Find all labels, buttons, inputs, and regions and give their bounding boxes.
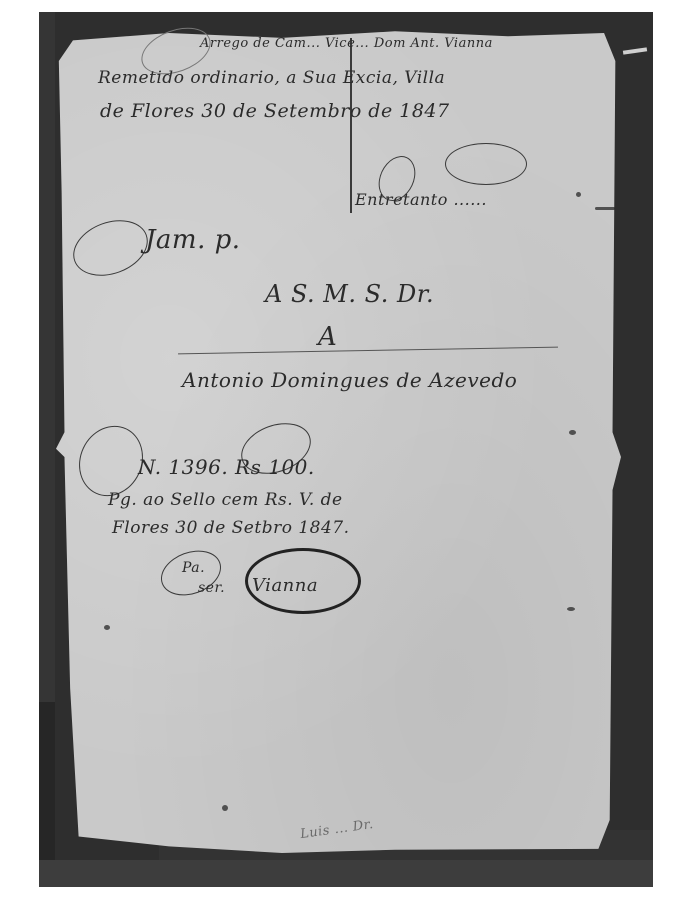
ink-speck	[576, 192, 581, 197]
signature-name: Vianna	[252, 575, 318, 596]
ink-speck	[567, 607, 575, 611]
annotation-right: Entretanto ......	[355, 190, 487, 209]
body-line-2: de Flores 30 de Setembro de 1847	[100, 100, 450, 122]
ink-speck	[222, 805, 228, 811]
annotation-flourish-2	[445, 143, 527, 185]
scan-shadow-bottom	[39, 860, 653, 887]
ink-speck	[104, 625, 110, 630]
registry-stamp: Pg. ao Sello cem Rs. V. de	[108, 490, 343, 510]
registry-date: Flores 30 de Setbro 1847.	[112, 518, 350, 538]
vertical-rule	[350, 38, 352, 213]
annotation-left: Jam. p.	[145, 225, 241, 255]
paper-sliver	[623, 47, 647, 54]
ink-speck	[595, 207, 615, 210]
ink-speck	[569, 430, 576, 435]
address-line-2: A	[318, 322, 337, 352]
manuscript-page	[56, 28, 621, 853]
signature-prefix-1: Pa.	[182, 560, 205, 576]
body-line-1: Remetido ordinario, a Sua Excia, Villa	[98, 68, 445, 88]
registry-number: N. 1396. Rs 100.	[138, 455, 315, 479]
address-line-1: A S. M. S. Dr.	[265, 280, 434, 308]
scan-shadow-bottom-left	[39, 702, 55, 862]
recipient-name: Antonio Domingues de Azevedo	[182, 368, 517, 392]
signature-prefix-2: ser.	[198, 580, 225, 596]
header-line: Arrego de Cam... Vice... Dom Ant. Vianna	[200, 36, 493, 51]
